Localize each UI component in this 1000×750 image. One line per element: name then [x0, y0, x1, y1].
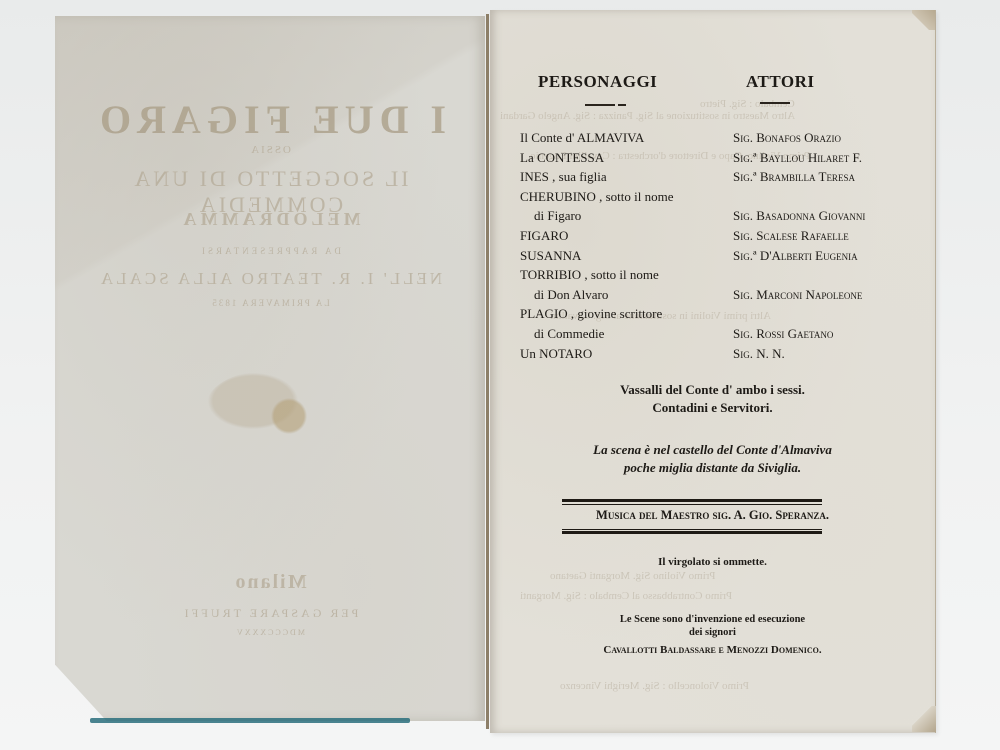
cast-row: TORRIBIO , sotto il nome [520, 265, 920, 285]
role: di Commedie [520, 324, 733, 344]
actor: Sig.ª Bayllou Hilaret F. [733, 148, 862, 168]
role: TORRIBIO , sotto il nome [520, 265, 733, 285]
personaggi-header: PERSONAGGI [538, 72, 657, 92]
bleedthrough-year: MDCCCXXXV [55, 628, 485, 637]
bleedthrough-genre: MELODRAMMA [55, 209, 485, 230]
left-page: I DUE FIGARO OSSIA IL SOGGETTO DI UNA CO… [55, 16, 485, 721]
bleedthrough-anno: LA PRIMAVERA 1835 [55, 298, 485, 308]
bleedthrough-city: Milano [55, 571, 485, 594]
cast-row: di Don Alvaro Sig. Marconi Napoleone [520, 285, 920, 305]
cast-row: di Commedie Sig. Rossi Gaetano [520, 324, 920, 344]
bleedthrough-line: Cembalo : Sig. Pietro [700, 98, 795, 110]
scenery-line-3: Cavallotti Baldassare e Menozzi Domenico… [490, 644, 935, 656]
cast-row: CHERUBINO , sotto il nome [520, 187, 920, 207]
cast-row: Il Conte d' ALMAVIVA Sig. Bonafos Orazio [520, 128, 920, 148]
cast-row: Un NOTARO Sig. N. N. [520, 344, 920, 364]
actor: Sig. N. N. [733, 344, 785, 364]
double-rule-bottom [562, 531, 822, 534]
bleedthrough-line: Primo Violino Sig. Morganti Gaetano [550, 570, 715, 582]
actor: Sig. Basadonna Giovanni [733, 206, 865, 226]
role: di Don Alvaro [520, 285, 733, 305]
actor: Sig.ª Brambilla Teresa [733, 167, 855, 187]
role: Un NOTARO [520, 344, 733, 364]
worn-corner-top [912, 10, 935, 30]
right-page: Cembalo : Sig. Pietro Altro Maestro in s… [490, 10, 936, 733]
role: INES , sua figlia [520, 167, 733, 187]
bleedthrough-da: DA RAPPRESENTARSI [55, 246, 485, 256]
role: SUSANNA [520, 246, 733, 266]
open-libretto: I DUE FIGARO OSSIA IL SOGGETTO DI UNA CO… [0, 0, 1000, 750]
actor: Sig. Rossi Gaetano [733, 324, 833, 344]
header-rule [760, 102, 790, 104]
scenery-line-2: dei signori [490, 627, 935, 638]
role: Il Conte d' ALMAVIVA [520, 128, 733, 148]
role: PLAGIO , giovine scrittore [520, 304, 733, 324]
scenery-line-1: Le Scene sono d'invenzione ed esecuzione [490, 614, 935, 625]
chorus-line-1: Vassalli del Conte d' ambo i sessi. [490, 382, 935, 398]
double-rule-top [562, 499, 822, 502]
actor: Sig. Marconi Napoleone [733, 285, 862, 305]
cast-row: La CONTESSA Sig.ª Bayllou Hilaret F. [520, 148, 920, 168]
cast-row: INES , sua figlia Sig.ª Brambilla Teresa [520, 167, 920, 187]
actor: Sig.ª D'Alberti Eugenia [733, 246, 858, 266]
spine-edge [90, 718, 410, 723]
role: La CONTESSA [520, 148, 733, 168]
cast-list: Il Conte d' ALMAVIVA Sig. Bonafos Orazio… [520, 128, 920, 363]
header-rule [618, 104, 626, 106]
cast-row: SUSANNA Sig.ª D'Alberti Eugenia [520, 246, 920, 266]
actor: Sig. Bonafos Orazio [733, 128, 841, 148]
double-rule-top-thin [562, 504, 822, 505]
setting-line-2: poche miglia distante da Siviglia. [490, 460, 935, 476]
gutter [486, 14, 489, 729]
worn-corner-bottom [912, 706, 936, 732]
chorus-line-2: Contadini e Servitori. [490, 400, 935, 416]
setting-line-1: La scena è nel castello del Conte d'Alma… [490, 442, 935, 458]
bleedthrough-teatro: NELL' I. R. TEATRO ALLA SCALA [55, 269, 485, 289]
header-rule [585, 104, 615, 106]
bleedthrough-printer: PER GASPARE TRUFFI [55, 606, 485, 621]
attori-header: ATTORI [746, 72, 815, 92]
cast-row: di Figaro Sig. Basadonna Giovanni [520, 206, 920, 226]
music-credit: Musica del Maestro sig. A. Gio. Speranza… [490, 508, 935, 523]
printer-vignette-icon [205, 371, 325, 446]
role: CHERUBINO , sotto il nome [520, 187, 733, 207]
cast-row: PLAGIO , giovine scrittore [520, 304, 920, 324]
role: di Figaro [520, 206, 733, 226]
role: FIGARO [520, 226, 733, 246]
actor: Sig. Scalese Rafaelle [733, 226, 849, 246]
omission-note: Il virgolato si ommette. [490, 556, 935, 568]
bleedthrough-line: Primo Contrabbasso al Cembalo : Sig. Mor… [520, 590, 732, 602]
bleedthrough-line: Primo Violoncello : Sig. Merighi Vincenz… [560, 680, 749, 692]
bleedthrough-line: Altro Maestro in sostituzione al Sig. Pa… [500, 110, 795, 122]
bleedthrough-ossia: OSSIA [55, 144, 485, 156]
cast-row: FIGARO Sig. Scalese Rafaelle [520, 226, 920, 246]
double-rule-bottom-thin [562, 529, 822, 530]
bleedthrough-title: I DUE FIGARO [55, 96, 485, 143]
